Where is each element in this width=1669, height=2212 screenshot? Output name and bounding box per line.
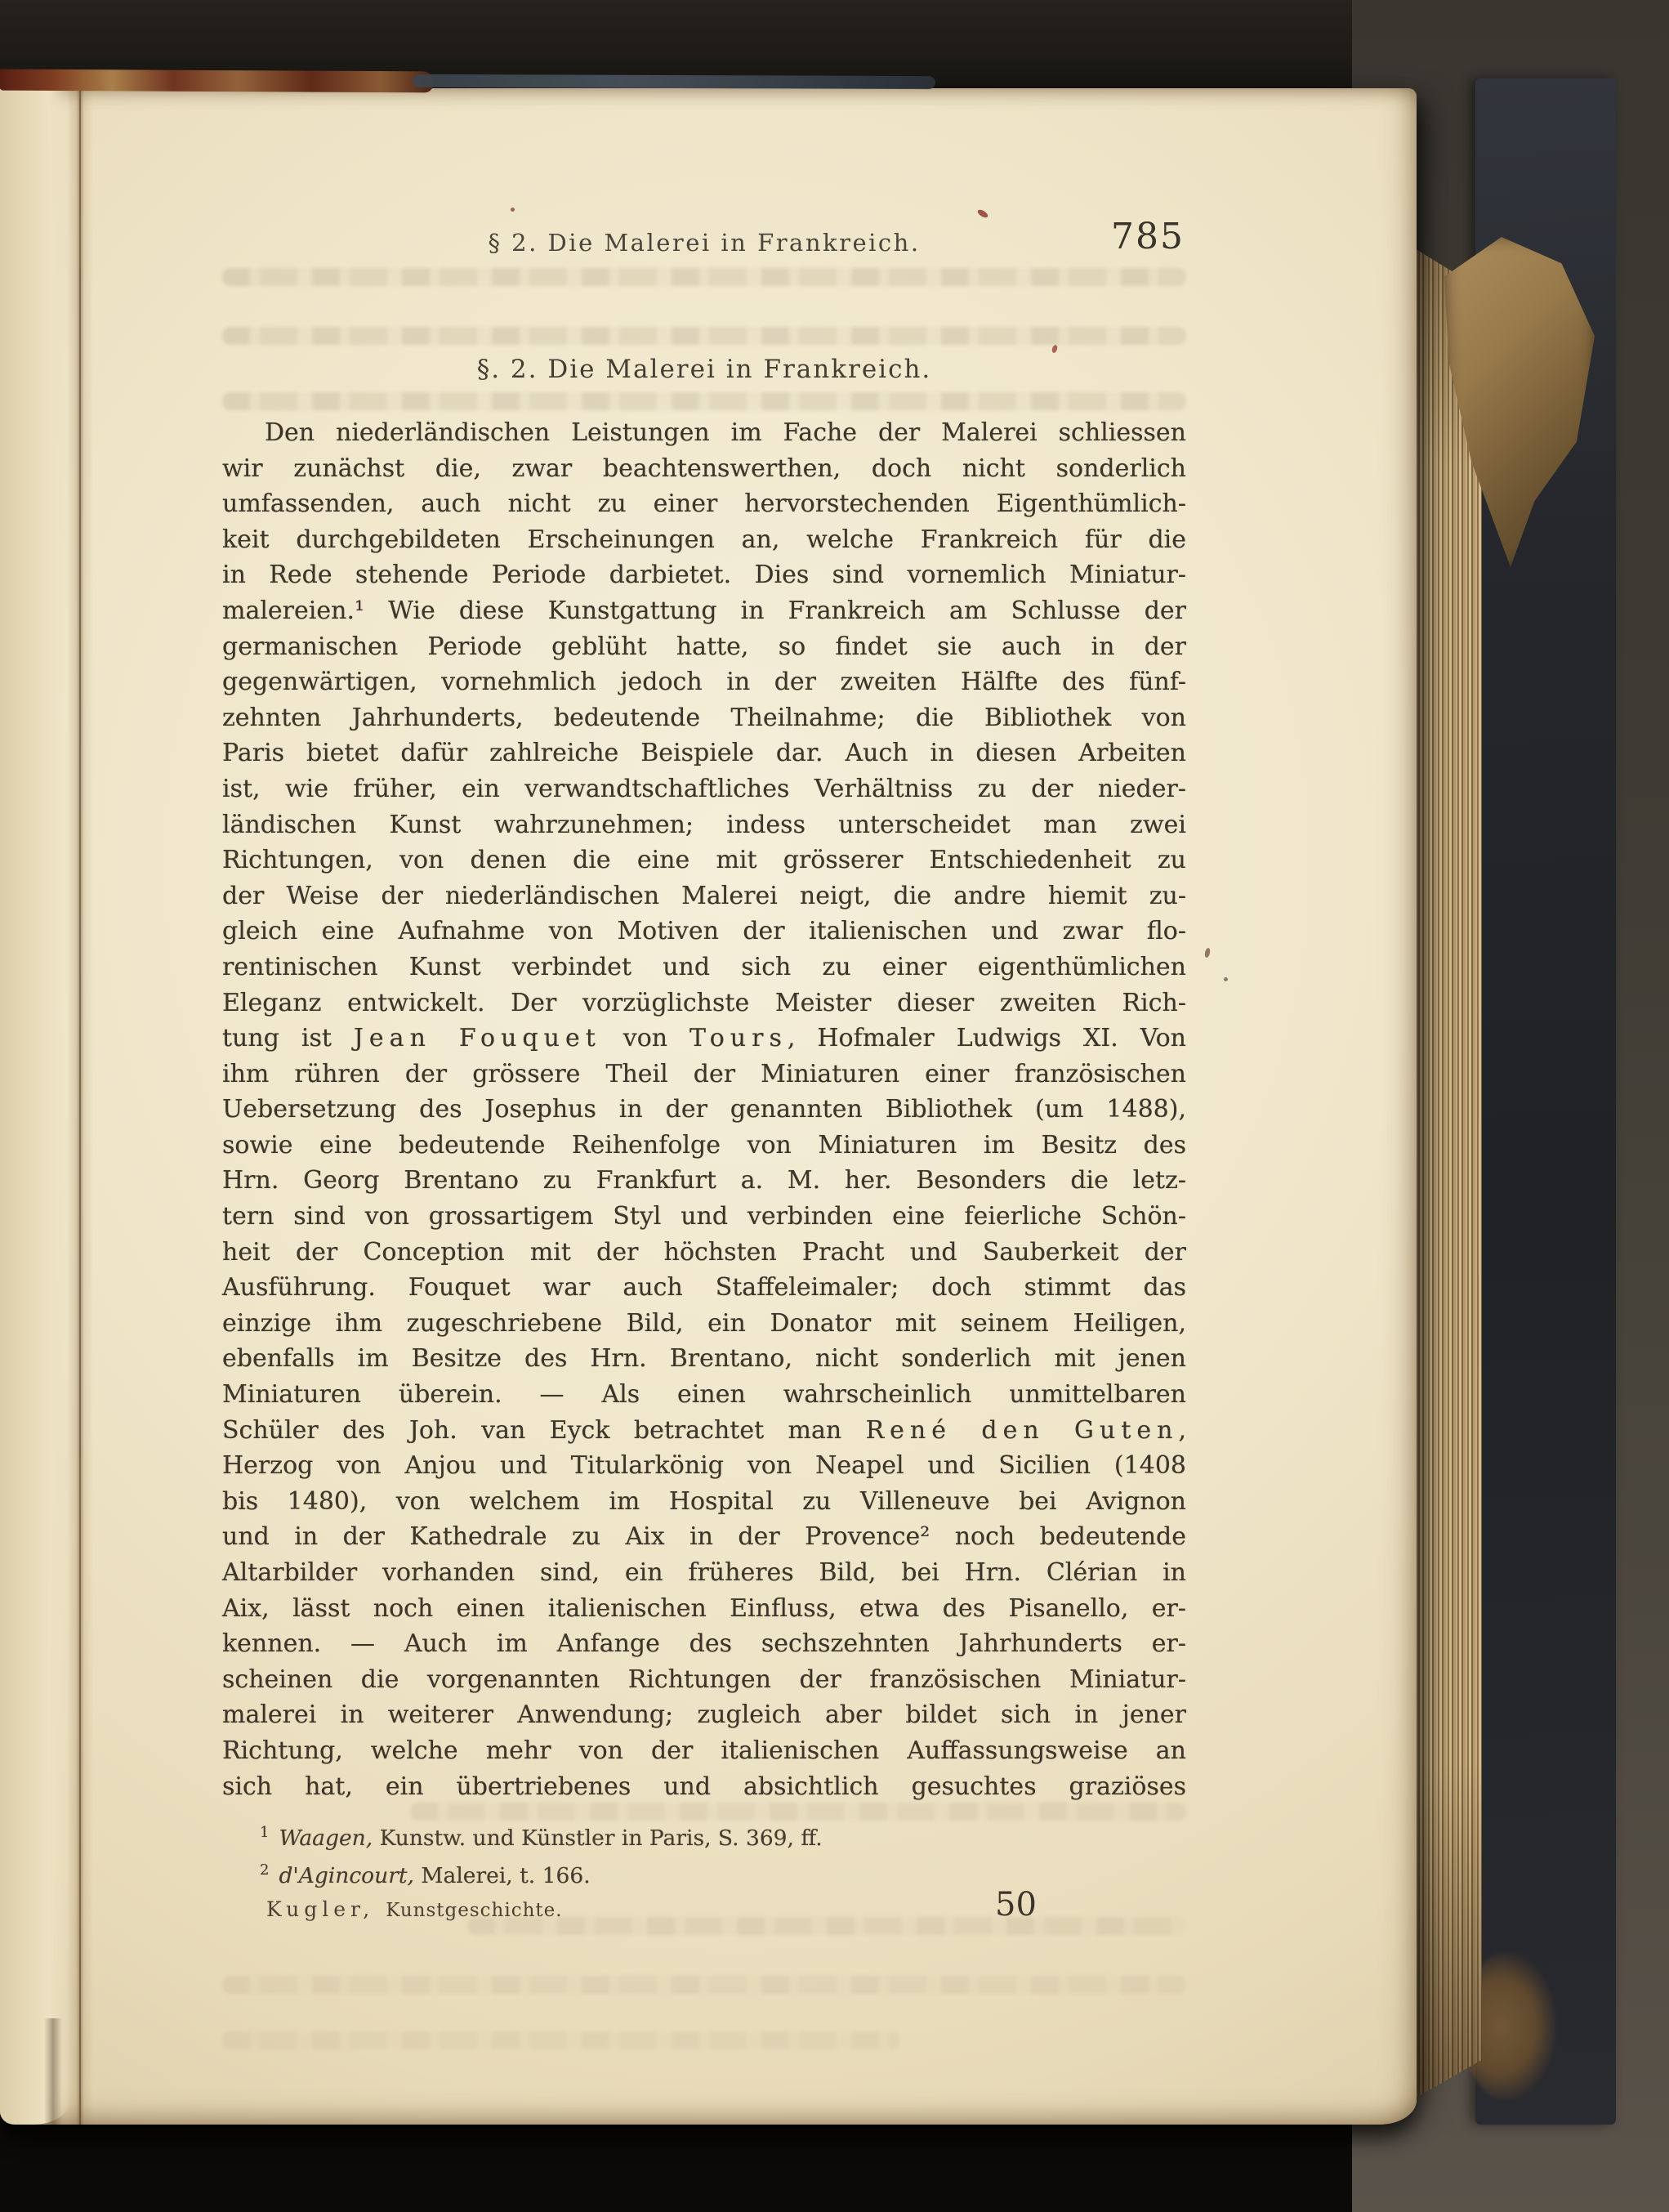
body-line: germanischen Periode geblüht hatte, so f… (222, 629, 1186, 665)
body-line: in Rede stehende Periode darbietet. Dies… (222, 557, 1186, 593)
section-heading: §. 2. Die Malerei in Frankreich. (222, 355, 1186, 384)
bleedthrough-ghost (222, 392, 1186, 410)
footnote-marker: 1 (260, 1824, 269, 1841)
bleedthrough-ghost (222, 268, 1186, 286)
body-line: rentinischen Kunst verbindet und sich zu… (222, 950, 1186, 985)
fore-edge-pages (1407, 244, 1482, 2097)
bottom-left-crease (44, 2018, 62, 2125)
footnote-author: Waagen, (279, 1825, 373, 1851)
body-line: umfassenden, auch nicht zu einer hervors… (222, 486, 1186, 522)
footnote-text: Malerei, t. 166. (421, 1863, 590, 1888)
body-line: bis 1480), von welchem im Hospital zu Vi… (222, 1484, 1186, 1520)
footnote-2: 2d'Agincourt, Malerei, t. 166. (260, 1863, 1186, 1888)
body-line: heit der Conception mit der höchsten Pra… (222, 1235, 1186, 1271)
body-line: malerei in weiterer Anwendung; zugleich … (222, 1697, 1186, 1733)
body-line: Richtungen, von denen die eine mit gröss… (222, 842, 1186, 878)
page-gutter-fold (67, 88, 93, 2125)
body-line: der Weise der niederländischen Malerei n… (222, 878, 1186, 914)
footnote-author: d'Agincourt, (279, 1863, 414, 1888)
body-line: Herzog von Anjou und Titularkönig von Ne… (222, 1448, 1186, 1484)
facing-page-edge (0, 88, 70, 2125)
body-line: Schüler des Joh. van Eyck betrachtet man… (222, 1413, 1186, 1449)
body-line: kennen. — Auch im Anfange des sechszehnt… (222, 1626, 1186, 1662)
body-line: Uebersetzung des Josephus in der genannt… (222, 1092, 1186, 1128)
sheet-number: 50 (995, 1886, 1037, 1924)
body-line: sowie eine bedeutende Reihenfolge von Mi… (222, 1128, 1186, 1164)
body-line: ihm rühren der grössere Theil der Miniat… (222, 1057, 1186, 1093)
marbled-edge-strip (0, 69, 433, 93)
book-page: § 2. Die Malerei in Frankreich. 785 §. 2… (0, 88, 1417, 2125)
body-line: ländischen Kunst wahrzunehmen; indess un… (222, 807, 1186, 843)
body-line: ist, wie früher, ein verwandtschaftliche… (222, 771, 1186, 807)
body-paragraph: Den niederländischen Leistungen im Fache… (222, 415, 1186, 1804)
body-line: Eleganz entwickelt. Der vorzüglichste Me… (222, 985, 1186, 1021)
body-line: Aix, lässt noch einen italienischen Einf… (222, 1591, 1186, 1627)
bleedthrough-ghost (222, 2031, 900, 2049)
running-head: § 2. Die Malerei in Frankreich. (222, 229, 1186, 257)
body-line: Richtung, welche mehr von der italienisc… (222, 1733, 1186, 1769)
body-line: einzige ihm zugeschriebene Bild, ein Don… (222, 1306, 1186, 1342)
footnote-text: Kunstw. und Künstler in Paris, S. 369, f… (380, 1825, 823, 1851)
book-photo: § 2. Die Malerei in Frankreich. 785 §. 2… (0, 0, 1669, 2212)
signature-work: Kunstgeschichte. (386, 1900, 562, 1921)
footnote-marker: 2 (260, 1861, 269, 1879)
bleedthrough-ghost (222, 327, 1186, 345)
body-line: malereien.¹ Wie diese Kunstgattung in Fr… (222, 593, 1186, 629)
body-line: Altarbilder vorhanden sind, ein früheres… (222, 1555, 1186, 1591)
page-content: § 2. Die Malerei in Frankreich. 785 §. 2… (222, 88, 1186, 2125)
bleedthrough-ghost (222, 1976, 1186, 1994)
bleedthrough-ghost (467, 1917, 1186, 1935)
body-line: zehnten Jahrhunderts, bedeutende Theilna… (222, 700, 1186, 736)
body-line: Paris bietet dafür zahlreiche Beispiele … (222, 735, 1186, 771)
body-line: gleich eine Aufnahme von Motiven der ita… (222, 914, 1186, 950)
body-line: ebenfalls im Besitze des Hrn. Brentano, … (222, 1341, 1186, 1377)
body-line: gegenwärtigen, vornehmlich jedoch in der… (222, 664, 1186, 700)
body-line: tung ist Jean Fouquet von Tours, Hofmale… (222, 1021, 1186, 1057)
page-number: 785 (1111, 216, 1185, 257)
body-line: wir zunächst die, zwar beachtenswerthen,… (222, 451, 1186, 487)
body-line: und in der Kathedrale zu Aix in der Prov… (222, 1519, 1186, 1555)
body-line: Hrn. Georg Brentano zu Frankfurt a. M. h… (222, 1163, 1186, 1199)
body-line: keit durchgebildeten Erscheinungen an, w… (222, 522, 1186, 558)
ink-speck (1204, 948, 1211, 959)
body-line: scheinen die vorgenannten Richtungen der… (222, 1662, 1186, 1698)
bleedthrough-ghost (410, 1803, 1186, 1821)
body-line: Den niederländischen Leistungen im Fache… (222, 415, 1186, 451)
signature-line: Kugler,Kunstgeschichte. (266, 1897, 563, 1921)
marbled-edge-strip-blue (413, 74, 935, 89)
body-line: sich hat, ein übertriebenes und absichtl… (222, 1769, 1186, 1805)
footnote-1: 1Waagen, Kunstw. und Künstler in Paris, … (260, 1825, 1186, 1851)
ink-speck (1224, 977, 1228, 981)
signature-author: Kugler, (266, 1897, 374, 1921)
body-line: tern sind von grossartigem Styl und verb… (222, 1199, 1186, 1235)
body-line: Ausführung. Fouquet war auch Staffeleima… (222, 1270, 1186, 1306)
body-line: Miniaturen überein. — Als einen wahrsche… (222, 1377, 1186, 1413)
